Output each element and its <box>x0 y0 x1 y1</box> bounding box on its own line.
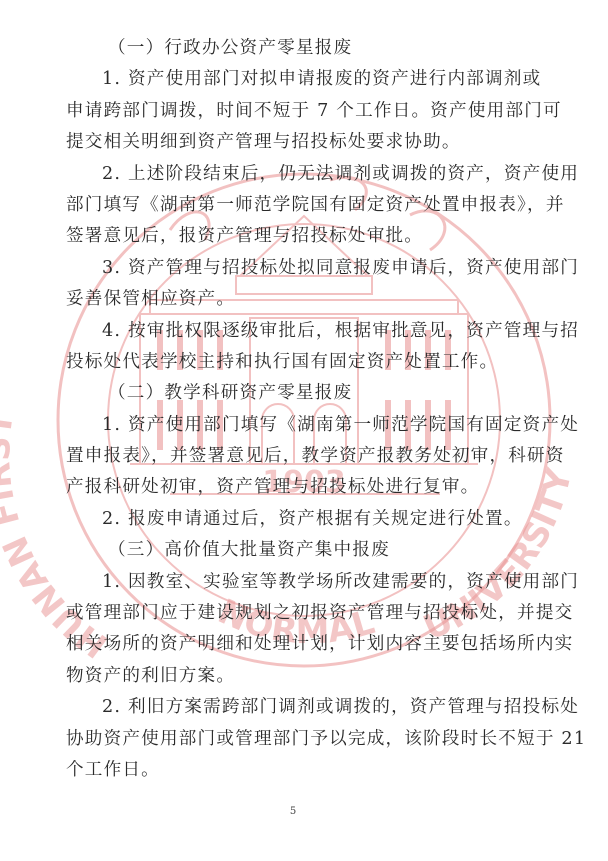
paragraph-line: 2. 报废申请通过后，资产根据有关规定进行处置。 <box>66 504 520 535</box>
page-number: 5 <box>286 806 300 817</box>
paragraph-line: 或管理部门应于建设规划之初报资产管理与招投标处，并提交 <box>66 598 520 629</box>
paragraph-line: 2. 上述阶段结束后，仍无法调剂或调拨的资产，资产使用 <box>66 159 520 190</box>
paragraph-line: 申请跨部门调拨，时间不短于 7 个工作日。资产使用部门可 <box>66 96 520 127</box>
section-heading: （二）教学科研资产零星报废 <box>66 378 520 409</box>
paragraph-line: 个工作日。 <box>66 755 520 786</box>
paragraph-line: 1. 因教室、实验室等教学场所改建需要的，资产使用部门 <box>66 567 520 598</box>
section-heading: （一）行政办公资产零星报废 <box>66 33 520 64</box>
paragraph-line: 3. 资产管理与招投标处拟同意报废申请后，资产使用部门 <box>66 253 520 284</box>
paragraph-line: 4. 按审批权限逐级审批后，根据审批意见，资产管理与招 <box>66 316 520 347</box>
paragraph-line: 相关场所的资产明细和处理计划，计划内容主要包括场所内实 <box>66 629 520 660</box>
paragraph-line: 提交相关明细到资产管理与招投标处要求协助。 <box>66 127 520 158</box>
paragraph-line: 1. 资产使用部门对拟申请报废的资产进行内部调剂或 <box>66 64 520 95</box>
paragraph-line: 1. 资产使用部门填写《湖南第一师范学院国有固定资产处 <box>66 410 520 441</box>
document-body: （一）行政办公资产零星报废 1. 资产使用部门对拟申请报废的资产进行内部调剂或 … <box>66 33 520 786</box>
paragraph-line: 产报科研处初审，资产管理与招投标处进行复审。 <box>66 472 520 503</box>
paragraph-line: 协助资产使用部门或管理部门予以完成，该阶段时长不短于 21 <box>66 724 520 755</box>
paragraph-line: 2. 利旧方案需跨部门调剂或调拨的，资产管理与招投标处 <box>66 692 520 723</box>
paragraph-line: 置申报表》，并签署意见后，教学资产报教务处初审，科研资 <box>66 441 520 472</box>
paragraph-line: 投标处代表学校主持和执行国有固定资产处置工作。 <box>66 347 520 378</box>
paragraph-line: 物资产的利旧方案。 <box>66 661 520 692</box>
paragraph-line: 部门填写《湖南第一师范学院国有固定资产处置申报表》，并 <box>66 190 520 221</box>
document-page: HUNAN FIRST NORMAL UNIVERSITY 1903 （一）行政… <box>0 0 608 861</box>
paragraph-line: 妥善保管相应资产。 <box>66 284 520 315</box>
paragraph-line: 签署意见后，报资产管理与招投标处审批。 <box>66 221 520 252</box>
section-heading: （三）高价值大批量资产集中报废 <box>66 535 520 566</box>
